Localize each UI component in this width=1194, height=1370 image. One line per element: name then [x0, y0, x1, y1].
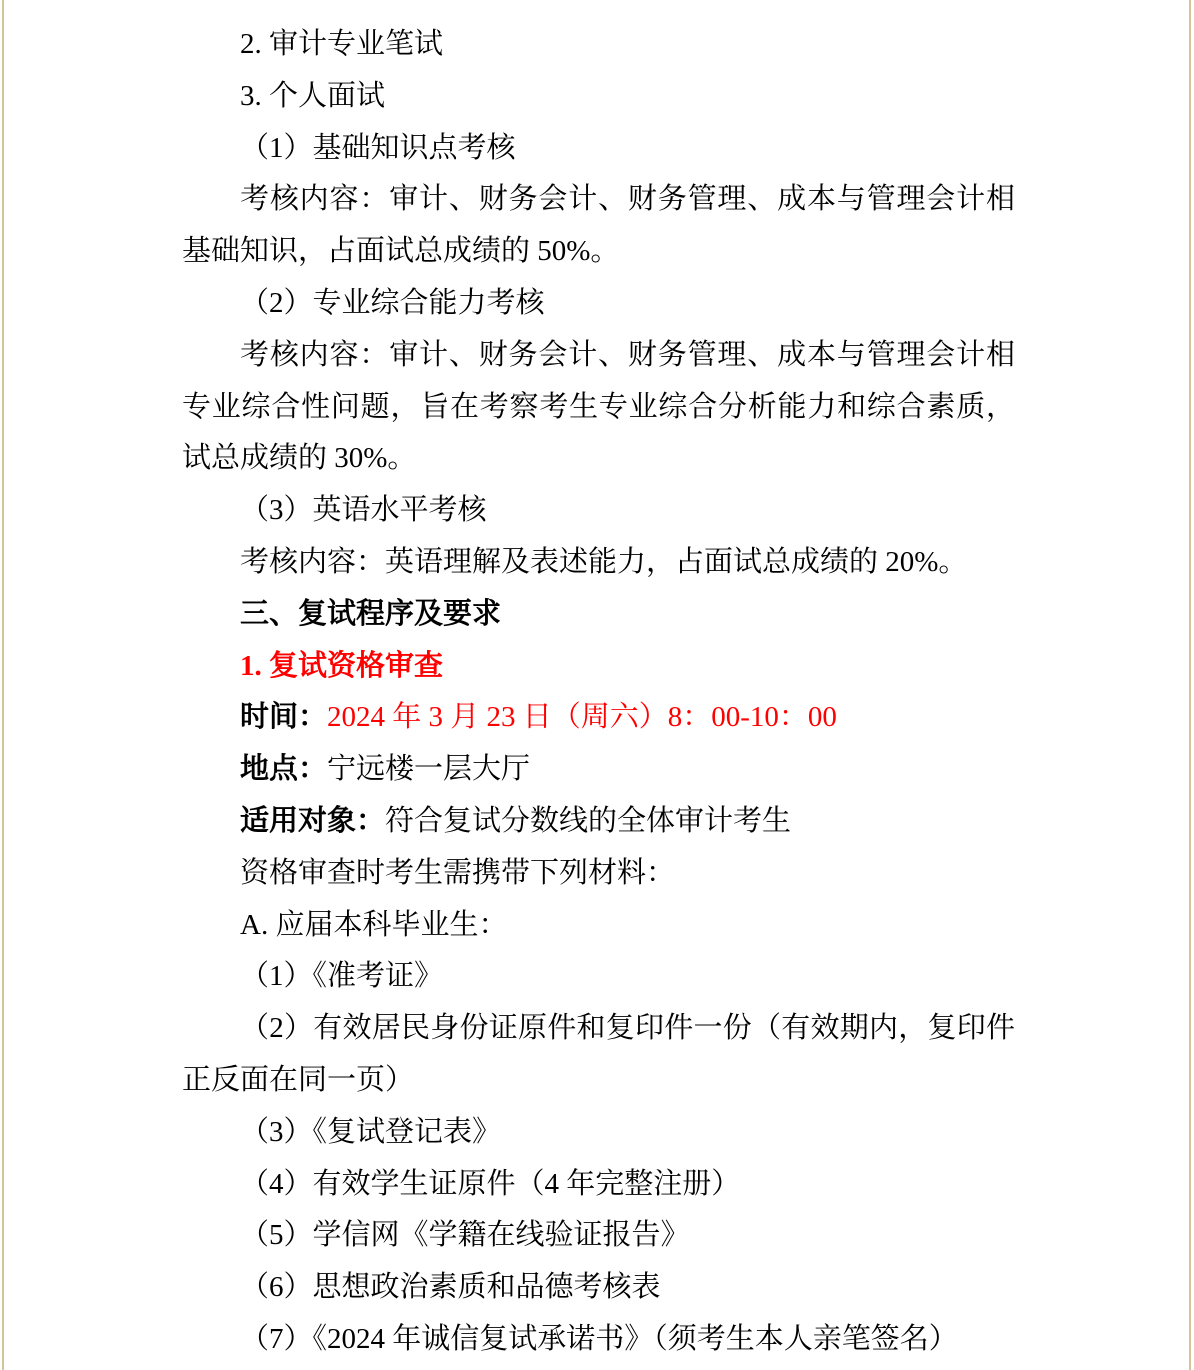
text-line: 适用对象：符合复试分数线的全体审计考生	[182, 796, 1015, 848]
document-page: 2. 审计专业笔试3. 个人面试（1）基础知识点考核考核内容：审计、财务会计、财…	[0, 0, 1194, 1370]
text-segment: 三、复试程序及要求	[240, 598, 501, 630]
text-segment: （1）基础知识点考核	[240, 132, 516, 164]
text-segment: 1. 复试资格审查	[240, 650, 443, 682]
text-line: （5）学信网《学籍在线验证报告》	[182, 1210, 1015, 1262]
text-line: 2. 审计专业笔试	[182, 19, 1015, 71]
text-line: 考核内容：英语理解及表述能力，占面试总成绩的 20%。	[182, 537, 1015, 589]
text-segment: 正反面在同一页）	[182, 1064, 414, 1096]
text-line: 专业综合性问题，旨在考察考生专业综合分析能力和综合素质，占面	[182, 382, 1015, 434]
text-line: （3）《复试登记表》	[182, 1107, 1015, 1159]
text-line: （7）《2024 年诚信复试承诺书》（须考生本人亲笔签名）	[182, 1314, 1015, 1366]
text-segment: （3）英语水平考核	[240, 494, 487, 526]
text-segment: A. 应届本科毕业生：	[240, 909, 507, 941]
text-segment: 2. 审计专业笔试	[240, 28, 443, 60]
text-segment: 资格审查时考生需携带下列材料：	[240, 857, 675, 889]
text-segment: （4）有效学生证原件（4 年完整注册）	[240, 1168, 740, 1200]
text-line: （2）专业综合能力考核	[182, 278, 1015, 330]
text-segment: 考核内容：审计、财务会计、财务管理、成本与管理会计相关的	[182, 339, 1015, 382]
text-line: 三、复试程序及要求	[182, 589, 1015, 641]
text-line: （3）英语水平考核	[182, 485, 1015, 537]
text-line: （4）有效学生证原件（4 年完整注册）	[182, 1159, 1015, 1211]
text-segment: 适用对象：	[240, 805, 385, 837]
text-segment: 时间：	[240, 701, 327, 733]
text-segment: 基础知识，占面试总成绩的 50%。	[182, 235, 619, 267]
text-segment: 符合复试分数线的全体审计考生	[385, 805, 791, 837]
text-line: （2）有效居民身份证原件和复印件一份（有效期内，复印件须	[182, 1003, 1015, 1055]
text-line: 1. 复试资格审查	[182, 641, 1015, 693]
text-line: 考核内容：审计、财务会计、财务管理、成本与管理会计相关的	[182, 174, 1015, 226]
text-segment: 2024 年 3 月 23 日（周六）8：00-10：00	[327, 701, 837, 733]
text-segment: 地点：	[240, 753, 327, 785]
text-line: 3. 个人面试	[182, 71, 1015, 123]
text-segment: 3. 个人面试	[240, 80, 385, 112]
text-line: （1）基础知识点考核	[182, 123, 1015, 175]
text-segment: 考核内容：英语理解及表述能力，占面试总成绩的 20%。	[240, 546, 967, 578]
text-line: 基础知识，占面试总成绩的 50%。	[182, 226, 1015, 278]
text-line: 时间：2024 年 3 月 23 日（周六）8：00-10：00	[182, 692, 1015, 744]
text-segment: （7）《2024 年诚信复试承诺书》（须考生本人亲笔签名）	[240, 1323, 958, 1355]
text-segment: 考核内容：审计、财务会计、财务管理、成本与管理会计相关的	[182, 183, 1015, 226]
text-line: 地点：宁远楼一层大厅	[182, 744, 1015, 796]
text-line: 考核内容：审计、财务会计、财务管理、成本与管理会计相关的	[182, 330, 1015, 382]
text-segment: （6）思想政治素质和品德考核表	[240, 1271, 661, 1303]
text-line: 正反面在同一页）	[182, 1055, 1015, 1107]
text-segment: （5）学信网《学籍在线验证报告》	[240, 1219, 690, 1251]
text-line: （1）《准考证》	[182, 951, 1015, 1003]
text-segment: （2）专业综合能力考核	[240, 287, 545, 319]
text-segment: （1）《准考证》	[240, 960, 443, 992]
document-body: 2. 审计专业笔试3. 个人面试（1）基础知识点考核考核内容：审计、财务会计、财…	[182, 19, 1015, 1366]
text-segment: 宁远楼一层大厅	[327, 753, 530, 785]
text-line: 资格审查时考生需携带下列材料：	[182, 848, 1015, 900]
text-segment: （2）有效居民身份证原件和复印件一份（有效期内，复印件须	[182, 1012, 1015, 1055]
text-segment: 专业综合性问题，旨在考察考生专业综合分析能力和综合素质，占面	[182, 391, 1015, 434]
text-line: （6）思想政治素质和品德考核表	[182, 1262, 1015, 1314]
text-segment: 试总成绩的 30%。	[182, 442, 416, 474]
text-segment: （3）《复试登记表》	[240, 1116, 501, 1148]
text-line: 试总成绩的 30%。	[182, 433, 1015, 485]
page-right-border	[1189, 0, 1191, 1370]
text-line: A. 应届本科毕业生：	[182, 900, 1015, 952]
page-left-border	[2, 0, 4, 1370]
